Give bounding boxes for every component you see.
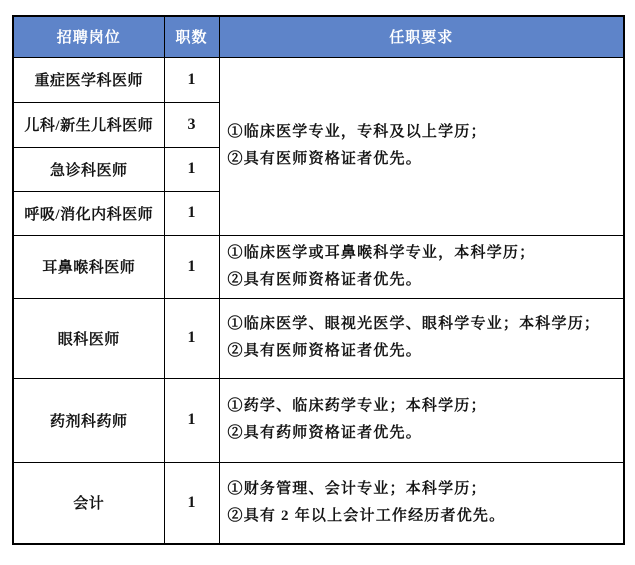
requirements-cell-ent: ①临床医学或耳鼻喉科学专业，本科学历； ②具有医师资格证者优先。 [219,235,624,298]
header-position: 招聘岗位 [13,16,164,57]
position-cell: 重症医学科医师 [13,57,164,102]
table-row-pharmacist: 药剂科药师 1 ①药学、临床药学专业；本科学历； ②具有药师资格证者优先。 [13,378,624,462]
table-row-accountant: 会计 1 ①财务管理、会计专业；本科学历； ②具有 2 年以上会计工作经历者优先… [13,462,624,544]
count-cell: 1 [164,147,219,191]
requirements-cell-clinical-group: ①临床医学专业，专科及以上学历； ②具有医师资格证者优先。 [219,57,624,235]
table-row-icu-doctor: 重症医学科医师 1 ①临床医学专业，专科及以上学历； ②具有医师资格证者优先。 [13,57,624,102]
table-header-row: 招聘岗位 职数 任职要求 [13,16,624,57]
count-cell: 1 [164,378,219,462]
requirement-line: ②具有 2 年以上会计工作经历者优先。 [228,503,620,530]
count-cell: 1 [164,235,219,298]
position-cell: 呼吸/消化内科医师 [13,191,164,235]
table-row-eye-doctor: 眼科医师 1 ①临床医学、眼视光医学、眼科学专业；本科学历； ②具有医师资格证者… [13,298,624,378]
count-cell: 1 [164,462,219,544]
requirement-line: ①临床医学、眼视光医学、眼科学专业；本科学历； [228,311,620,338]
requirement-line: ①临床医学或耳鼻喉科学专业，本科学历； [228,240,620,267]
position-cell: 药剂科药师 [13,378,164,462]
requirements-cell-eye: ①临床医学、眼视光医学、眼科学专业；本科学历； ②具有医师资格证者优先。 [219,298,624,378]
page: 招聘岗位 职数 任职要求 重症医学科医师 1 ①临床医学专业，专科及以上学历； … [0,0,635,565]
requirement-line: ①财务管理、会计专业；本科学历； [228,476,620,503]
position-cell: 急诊科医师 [13,147,164,191]
requirement-line: ②具有医师资格证者优先。 [228,338,620,365]
position-cell: 耳鼻喉科医师 [13,235,164,298]
requirement-line: ②具有医师资格证者优先。 [228,267,620,294]
header-requirements: 任职要求 [219,16,624,57]
position-cell: 会计 [13,462,164,544]
requirement-line: ①药学、临床药学专业；本科学历； [228,393,620,420]
requirements-cell-pharmacist: ①药学、临床药学专业；本科学历； ②具有药师资格证者优先。 [219,378,624,462]
count-cell: 1 [164,298,219,378]
count-cell: 1 [164,191,219,235]
header-count: 职数 [164,16,219,57]
requirement-line: ②具有医师资格证者优先。 [228,146,620,173]
position-cell: 儿科/新生儿科医师 [13,102,164,147]
count-cell: 3 [164,102,219,147]
recruitment-table: 招聘岗位 职数 任职要求 重症医学科医师 1 ①临床医学专业，专科及以上学历； … [12,15,625,545]
requirement-line: ②具有药师资格证者优先。 [228,420,620,447]
requirement-line: ①临床医学专业，专科及以上学历； [228,119,620,146]
count-cell: 1 [164,57,219,102]
requirements-cell-accountant: ①财务管理、会计专业；本科学历； ②具有 2 年以上会计工作经历者优先。 [219,462,624,544]
table-row-ent-doctor: 耳鼻喉科医师 1 ①临床医学或耳鼻喉科学专业，本科学历； ②具有医师资格证者优先… [13,235,624,298]
position-cell: 眼科医师 [13,298,164,378]
